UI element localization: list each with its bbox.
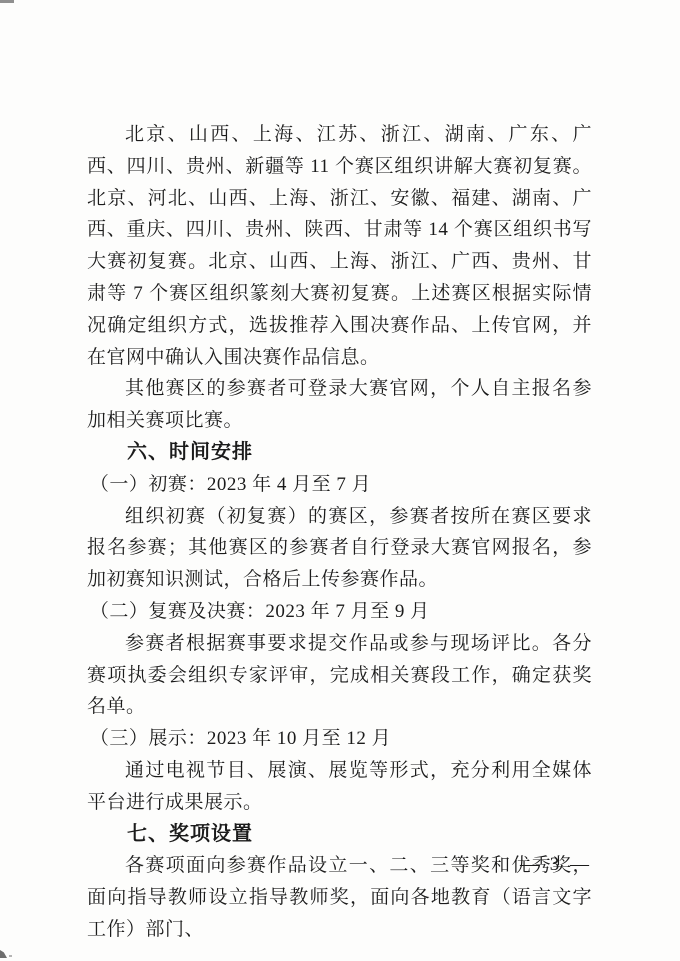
paragraph-regions-overview: 北京、山西、上海、江苏、浙江、湖南、广东、广西、四川、贵州、新疆等 11 个赛区… — [87, 119, 592, 373]
page-number: — 3 — — [520, 851, 592, 879]
scan-artifact-speck — [9, 955, 12, 957]
subheading-exhibition: （三）展示：2023 年 10 月至 12 月 — [87, 723, 592, 755]
paragraph-semifinal-final: 参赛者根据赛事要求提交作品或参与现场评比。各分赛项执委会组织专家评审，完成相关赛… — [87, 628, 592, 723]
paragraph-exhibition: 通过电视节目、展演、展览等形式，充分利用全媒体平台进行成果展示。 — [87, 755, 592, 819]
paragraph-other-regions: 其他赛区的参赛者可登录大赛官网，个人自主报名参加相关赛项比赛。 — [87, 373, 592, 437]
document-page: 北京、山西、上海、江苏、浙江、湖南、广东、广西、四川、贵州、新疆等 11 个赛区… — [0, 0, 680, 961]
subheading-semifinal-final: （二）复赛及决赛：2023 年 7 月至 9 月 — [87, 596, 592, 628]
subheading-preliminary: （一）初赛：2023 年 4 月至 7 月 — [87, 469, 592, 501]
document-content: 北京、山西、上海、江苏、浙江、湖南、广东、广西、四川、贵州、新疆等 11 个赛区… — [87, 119, 592, 946]
paragraph-preliminary: 组织初赛（初复赛）的赛区，参赛者按所在赛区要求报名参赛；其他赛区的参赛者自行登录… — [87, 501, 592, 596]
scan-artifact-bottom-left — [0, 950, 7, 958]
paragraph-awards: 各赛项面向参赛作品设立一、二、三等奖和优秀奖，面向指导教师设立指导教师奖，面向各… — [87, 850, 592, 945]
section-heading-awards: 七、奖项设置 — [87, 819, 592, 851]
section-heading-schedule: 六、时间安排 — [87, 437, 592, 469]
scan-artifact-top-left — [0, 0, 14, 3]
